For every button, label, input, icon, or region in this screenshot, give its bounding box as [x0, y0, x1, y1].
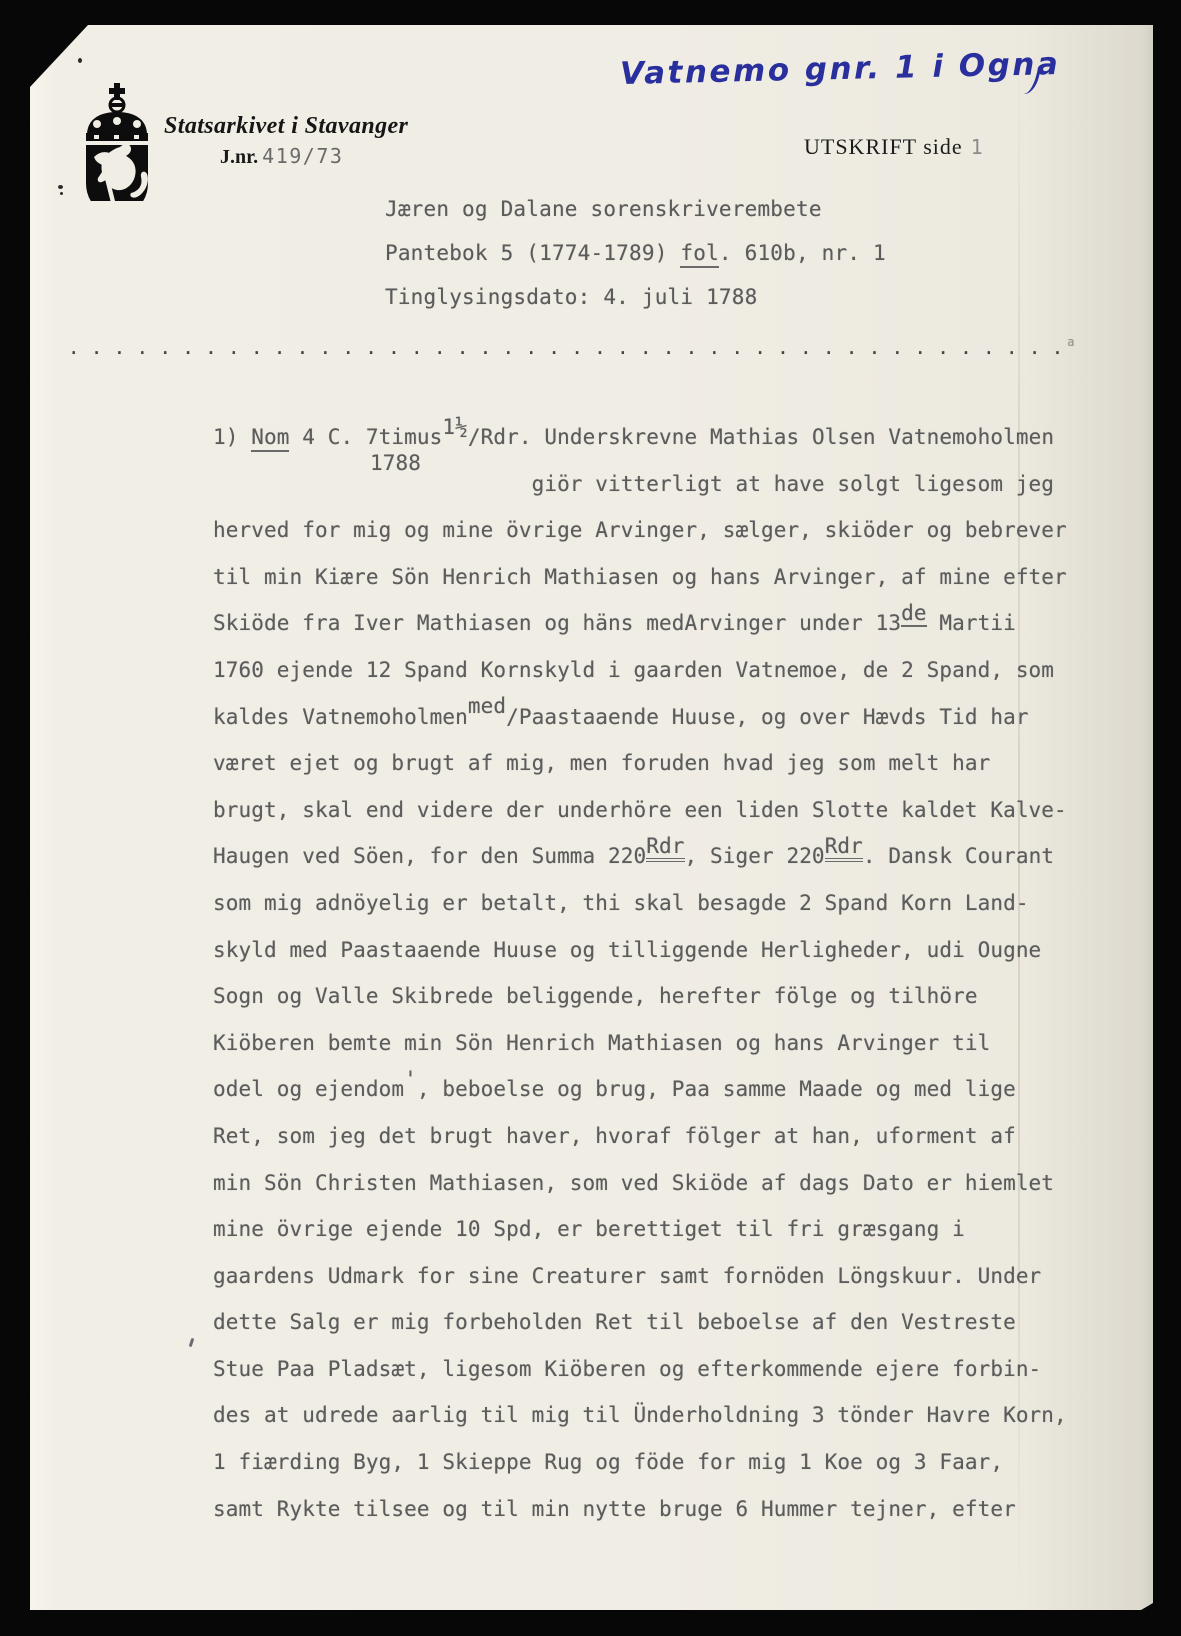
body-line: mine övrige ejende 10 Spd, er berettiget… — [213, 1217, 1133, 1264]
ink-speck — [60, 192, 63, 195]
dotted-separator: . . . . . . . . . . . . . . . . . . . . … — [68, 337, 1074, 359]
body-line: til min Kiære Sön Henrich Mathiasen og h… — [213, 565, 1133, 612]
body-line: min Sön Christen Mathiasen, som ved Skiö… — [213, 1171, 1133, 1218]
body-line: gaardens Udmark for sine Creaturer samt … — [213, 1264, 1133, 1311]
source-line: Pantebok 5 (1774-1789) fol. 610b, nr. 1 — [385, 241, 886, 285]
scanned-document: { "meta": { "emblem_icon": "norwegian-ro… — [0, 0, 1181, 1636]
body-line: samt Rykte tilsee og til min nytte bruge… — [213, 1497, 1133, 1544]
transcript-page-header: UTSKRIFT side1 — [804, 134, 983, 160]
body-line: Haugen ved Söen, for den Summa 220Rdr, S… — [213, 844, 1133, 891]
separator-tail-mark: a — [1067, 335, 1074, 349]
body-line: dette Salg er mig forbeholden Ret til be… — [213, 1310, 1133, 1357]
jnr-value: 419/73 — [262, 144, 343, 168]
source-reference-block: Jæren og Dalane sorenskriverembete Pante… — [385, 197, 886, 329]
jnr-label: J.nr. — [220, 146, 258, 168]
body-line: kaldes Vatnemoholmenmed/Paastaaende Huus… — [213, 705, 1133, 752]
body-line: Kiöberen bemte min Sön Henrich Mathiasen… — [213, 1031, 1133, 1078]
body-line: herved for mig og mine övrige Arvinger, … — [213, 518, 1133, 565]
body-line: været ejet og brugt af mig, men foruden … — [213, 751, 1133, 798]
ink-speck — [58, 185, 63, 189]
body-line: Skiöde fra Iver Mathiasen og häns medArv… — [213, 611, 1133, 658]
ink-speck — [189, 1338, 195, 1347]
coat-of-arms-icon — [74, 83, 160, 201]
source-line: Tinglysingsdato: 4. juli 1788 — [385, 285, 886, 329]
separator-dots: . . . . . . . . . . . . . . . . . . . . … — [68, 337, 1063, 359]
archive-name: Statsarkivet i Stavanger — [164, 113, 408, 140]
body-line: des at udrede aarlig til mig til Ünderho… — [213, 1403, 1133, 1450]
document-page: Statsarkivet i Stavanger J.nr.419/73 Vat… — [30, 25, 1153, 1610]
body-line: 1760 ejende 12 Spand Kornskyld i gaarden… — [213, 658, 1133, 705]
page-number: 1 — [971, 135, 983, 159]
body-text: 1) Nom 4 C. 7timus1½/Rdr. Underskrevne M… — [213, 425, 1133, 1543]
body-line: giör vitterligt at have solgt ligesom je… — [213, 472, 1133, 519]
body-line: Stue Paa Pladsæt, ligesom Kiöberen og ef… — [213, 1357, 1133, 1404]
journal-number: J.nr.419/73 — [220, 144, 343, 169]
body-line: 1) Nom 4 C. 7timus1½/Rdr. Underskrevne M… — [213, 425, 1133, 472]
body-line: Sogn og Valle Skibrede beliggende, heref… — [213, 984, 1133, 1031]
handwritten-note: Vatnemo gnr. 1 i Ogna — [620, 46, 1061, 92]
ink-speck — [78, 58, 82, 63]
body-line: 1 fiærding Byg, 1 Skieppe Rug og föde fo… — [213, 1450, 1133, 1497]
body-line: som mig adnöyelig er betalt, thi skal be… — [213, 891, 1133, 938]
body-line: Ret, som jeg det brugt haver, hvoraf föl… — [213, 1124, 1133, 1171]
utskrift-label: UTSKRIFT side — [804, 134, 963, 159]
body-line: odel og ejendom', beboelse og brug, Paa … — [213, 1077, 1133, 1124]
source-line: Jæren og Dalane sorenskriverembete — [385, 197, 886, 241]
body-line: skyld med Paastaaende Huuse og tilliggen… — [213, 938, 1133, 985]
